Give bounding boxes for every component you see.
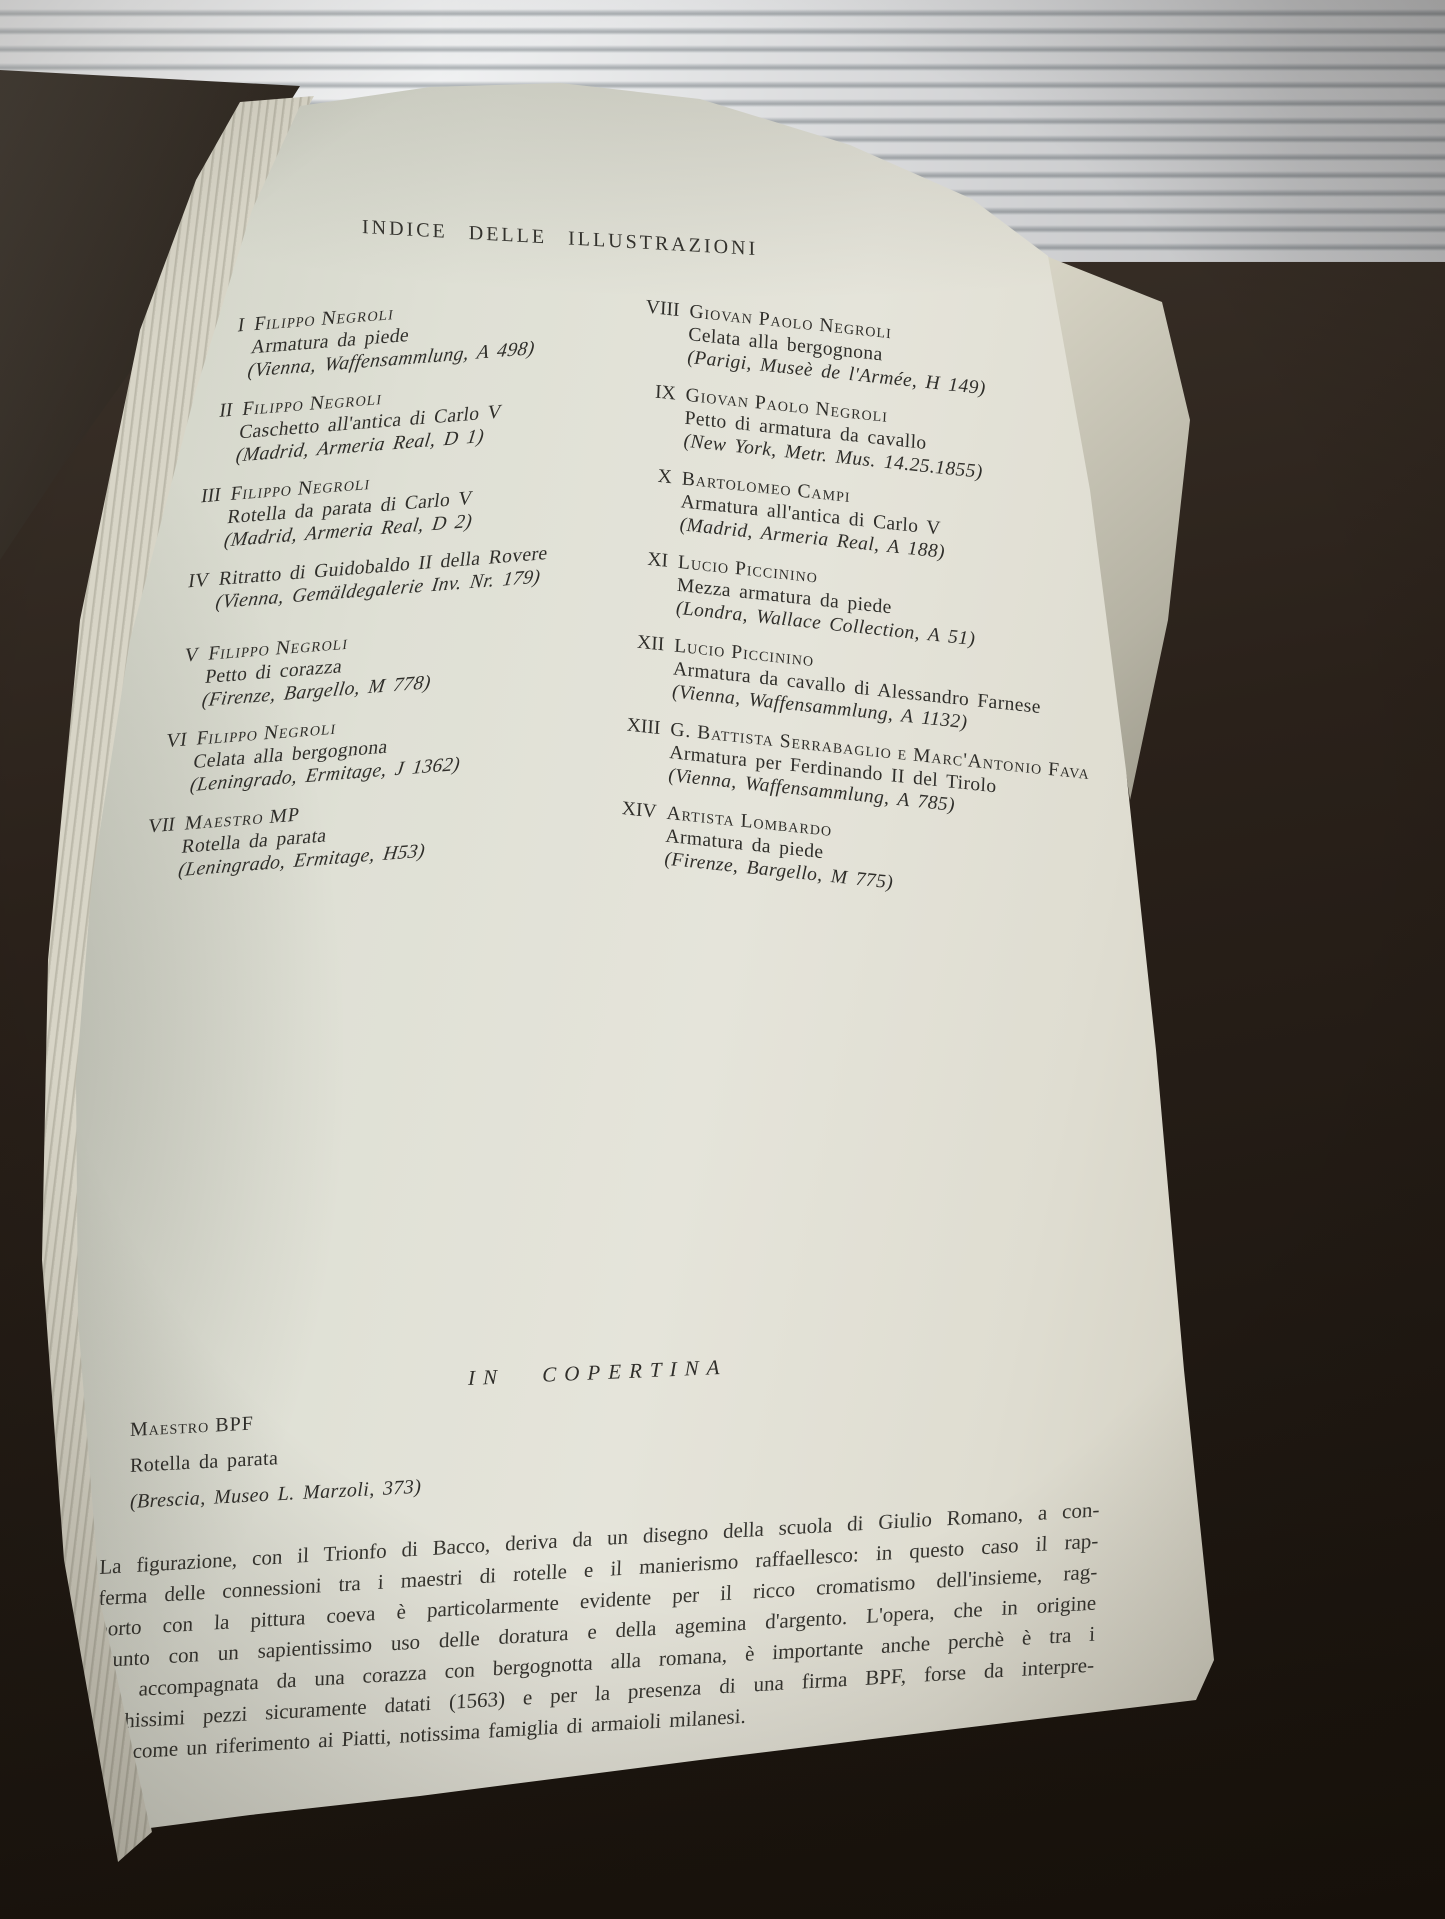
entry-number: VIII [609, 292, 690, 369]
entry-number: IV [150, 568, 220, 620]
entry-number: VII [113, 812, 187, 887]
colophon-paragraph: La figurazione, con il Trionfo di Bacco,… [92, 1494, 1100, 1769]
entry-number: XIII [590, 710, 671, 787]
entry-number: V [136, 643, 210, 718]
entry-number: VI [125, 727, 199, 802]
book-photo: INDICE DELLE ILLUSTRAZIONI I Filippo Neg… [0, 0, 1445, 1919]
entry-number: III [159, 483, 233, 558]
index-entry: VII Maestro MPRotella da parata(Leningra… [113, 783, 563, 887]
cover-credit: Maestro BPF Rotella da parata (Brescia, … [130, 1397, 421, 1520]
entry-number: XI [597, 543, 678, 620]
entry-number: XII [594, 626, 675, 703]
entry-number: IX [605, 376, 686, 453]
page-title: INDICE DELLE ILLUSTRAZIONI [362, 216, 758, 261]
index-column-right: VIII Giovan Paolo NegroliCelata alla ber… [585, 292, 1092, 928]
entry-number: X [601, 459, 682, 536]
entry-number: XIV [586, 794, 667, 871]
cover-section-heading: IN COPERTINA [468, 1355, 727, 1391]
